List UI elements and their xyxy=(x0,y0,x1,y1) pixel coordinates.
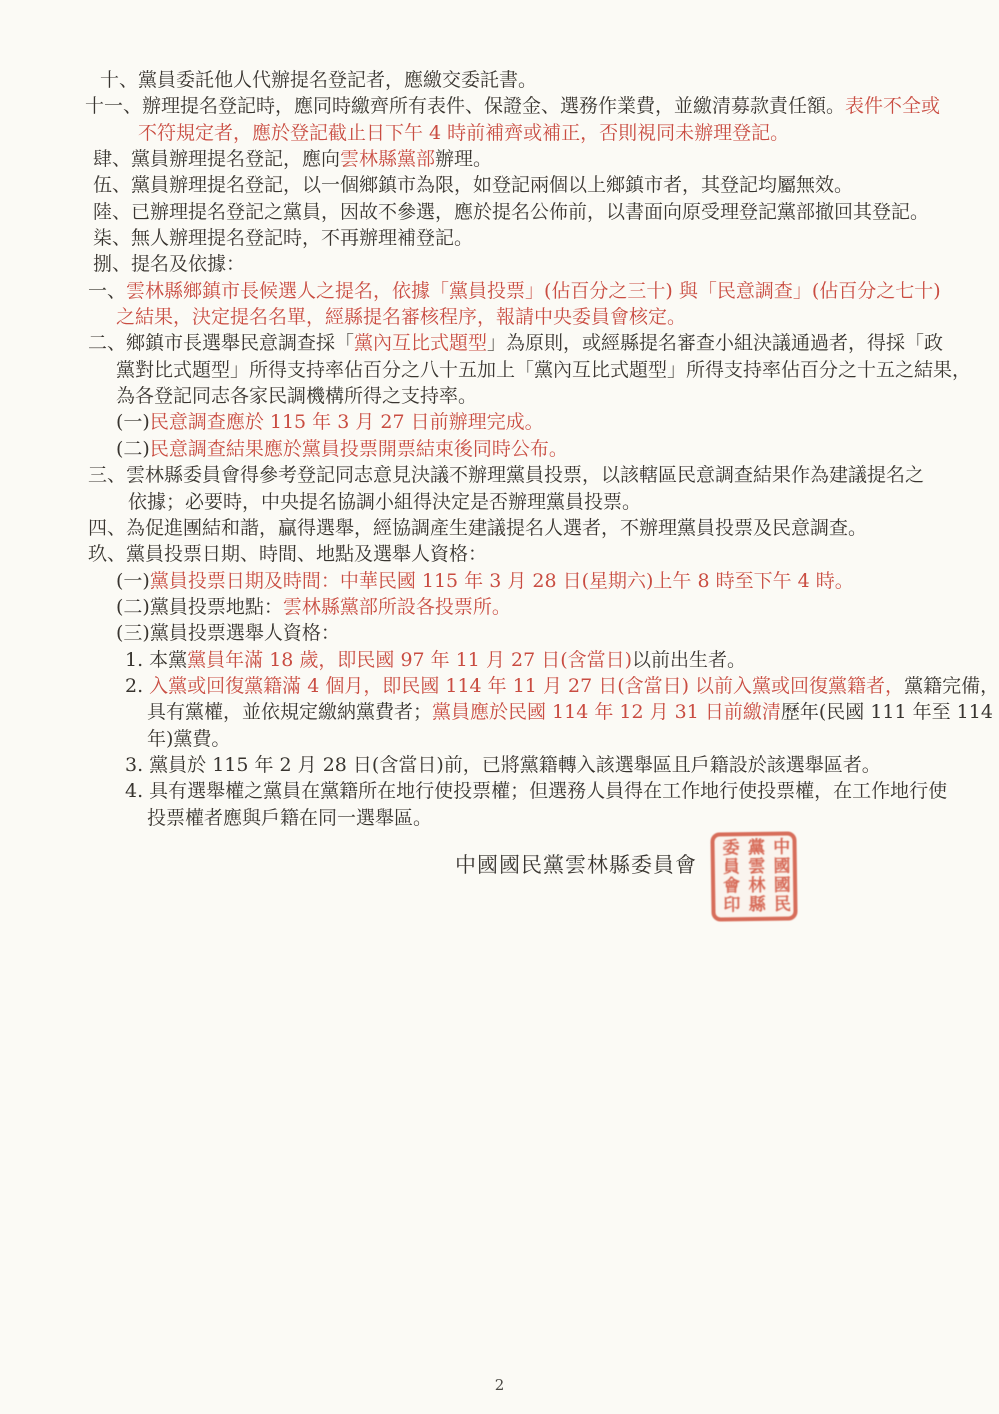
text-line: 柒、無人辦理提名登記時，不再辦理補登記。 xyxy=(0,225,999,251)
text-segment-red: 民意調查應於 115 年 3 月 27 日前辦理完成。 xyxy=(150,411,544,433)
text-segment-black: 年)黨費。 xyxy=(147,728,230,750)
scanned-document-page: 十、黨員委託他人代辦提名登記者，應繳交委託書。十一、辦理提名登記時，應同時繳齊所… xyxy=(0,0,999,1414)
text-segment-red: 表件不全或 xyxy=(845,95,940,117)
text-line: 三、雲林縣委員會得參考登記同志意見決議不辦理黨員投票，以該轄區民意調查結果作為建… xyxy=(0,462,999,488)
text-segment-red: 民意調查結果應於黨員投票開票結束後同時公布。 xyxy=(150,438,568,460)
text-segment-black: 2. xyxy=(125,675,149,697)
text-line: 一、雲林縣鄉鎮市長候選人之提名，依據「黨員投票」(佔百分之三十) 與「民意調查」… xyxy=(0,278,999,304)
text-line: 肆、黨員辦理提名登記，應向雲林縣黨部辦理。 xyxy=(0,146,999,172)
text-line: 陸、已辦理提名登記之黨員，因故不參選，應於提名公佈前，以書面向原受理登記黨部撤回… xyxy=(0,199,999,225)
text-line: 年)黨費。 xyxy=(0,726,999,752)
text-line: 為各登記同志各家民調機構所得之支持率。 xyxy=(0,383,999,409)
text-line: 二、鄉鎮市長選舉民意調查採「黨內互比式題型」為原則，或經縣提名審查小組決議通過者… xyxy=(0,330,999,356)
text-segment-red: 黨員投票日期及時間：中華民國 115 年 3 月 28 日(星期六)上午 8 時… xyxy=(150,570,854,592)
official-seal-text: 中國國民黨雲林縣委員會印 xyxy=(714,835,793,917)
text-line: 伍、黨員辦理提名登記，以一個鄉鎮市為限，如登記兩個以上鄉鎮市者，其登記均屬無效。 xyxy=(0,172,999,198)
text-segment-black: 十、黨員委託他人代辦提名登記者，應繳交委託書。 xyxy=(100,69,537,91)
text-line: 十、黨員委託他人代辦提名登記者，應繳交委託書。 xyxy=(0,67,999,93)
text-segment-black: 歷年(民國 111 年至 114 xyxy=(781,701,993,723)
text-segment-red: 之結果，決定提名名單，經縣提名審核程序，報請中央委員會核定。 xyxy=(116,306,686,328)
page-number: 2 xyxy=(0,1376,999,1394)
text-line: 1. 本黨黨員年滿 18 歲，即民國 97 年 11 月 27 日(含當日)以前… xyxy=(0,647,999,673)
text-segment-black: (一) xyxy=(116,570,150,592)
official-seal: 中國國民黨雲林縣委員會印 xyxy=(710,831,797,921)
text-segment-black: 」為原則，或經縣提名審查小組決議通過者，得採「政 xyxy=(487,332,943,354)
text-line: 2. 入黨或回復黨籍滿 4 個月，即民國 114 年 11 月 27 日(含當日… xyxy=(0,673,999,699)
text-segment-black: 四、為促進團結和諧，贏得選舉，經協調產生建議提名人選者，不辦理黨員投票及民意調查… xyxy=(88,517,867,539)
text-line: (三)黨員投票選舉人資格： xyxy=(0,620,999,646)
text-line: 黨對比式題型」所得支持率佔百分之八十五加上「黨內互比式題型」所得支持率佔百分之十… xyxy=(0,357,999,383)
text-line: 3. 黨員於 115 年 2 月 28 日(含當日)前，已將黨籍轉入該選舉區且戶… xyxy=(0,752,999,778)
text-segment-black: 十一、辦理提名登記時，應同時繳齊所有表件、保證金、選務作業費，並繳清募款責任額。 xyxy=(85,95,845,117)
text-line: 十一、辦理提名登記時，應同時繳齊所有表件、保證金、選務作業費，並繳清募款責任額。… xyxy=(0,93,999,119)
seal-column: 黨雲林縣 xyxy=(744,838,764,915)
text-line: (一)黨員投票日期及時間：中華民國 115 年 3 月 28 日(星期六)上午 … xyxy=(0,568,999,594)
text-line: 不符規定者，應於登記截止日下午 4 時前補齊或補正，否則視同未辦理登記。 xyxy=(0,120,999,146)
text-segment-black: (三)黨員投票選舉人資格： xyxy=(116,622,340,644)
text-line: 投票權者應與戶籍在同一選舉區。 xyxy=(0,805,999,831)
text-line: 玖、黨員投票日期、時間、地點及選舉人資格： xyxy=(0,541,999,567)
signature-org-name: 中國國民黨雲林縣委員會 xyxy=(455,849,697,879)
text-line: 4. 具有選舉權之黨員在黨籍所在地行使投票權；但選務人員得在工作地行使投票權，在… xyxy=(0,778,999,804)
text-line: 捌、提名及依據： xyxy=(0,251,999,277)
text-segment-red: 不符規定者，應於登記截止日下午 4 時前補齊或補正，否則視同未辦理登記。 xyxy=(138,122,789,144)
text-segment-black: 三、雲林縣委員會得參考登記同志意見決議不辦理黨員投票，以該轄區民意調查結果作為建… xyxy=(88,464,924,486)
text-segment-red: 雲林縣黨部 xyxy=(340,148,435,170)
seal-column: 中國國民 xyxy=(769,838,789,915)
text-segment-black: 3. 黨員於 115 年 2 月 28 日(含當日)前，已將黨籍轉入該選舉區且戶… xyxy=(125,754,881,776)
text-segment-black: 投票權者應與戶籍在同一選舉區。 xyxy=(147,807,432,829)
text-segment-red: 雲林縣黨部所設各投票所。 xyxy=(283,596,511,618)
text-segment-black: 具有黨權，並依規定繳納黨費者； xyxy=(147,701,432,723)
text-segment-red: 黨員應於民國 114 年 12 月 31 日前繳清 xyxy=(432,701,781,723)
text-line: (一)民意調查應於 115 年 3 月 27 日前辦理完成。 xyxy=(0,409,999,435)
text-segment-black: 依據；必要時，中央提名協調小組得決定是否辦理黨員投票。 xyxy=(128,491,641,513)
document-body: 十、黨員委託他人代辦提名登記者，應繳交委託書。十一、辦理提名登記時，應同時繳齊所… xyxy=(0,67,999,831)
text-segment-black: 黨對比式題型」所得支持率佔百分之八十五加上「黨內互比式題型」所得支持率佔百分之十… xyxy=(116,359,971,381)
text-segment-black: 柒、無人辦理提名登記時，不再辦理補登記。 xyxy=(93,227,473,249)
text-segment-red: 入黨或回復黨籍滿 4 個月，即民國 114 年 11 月 27 日(含當日) 以… xyxy=(149,675,904,697)
text-line: 依據；必要時，中央提名協調小組得決定是否辦理黨員投票。 xyxy=(0,489,999,515)
text-segment-black: 伍、黨員辦理提名登記，以一個鄉鎮市為限，如登記兩個以上鄉鎮市者，其登記均屬無效。 xyxy=(93,174,853,196)
text-segment-black: 4. 具有選舉權之黨員在黨籍所在地行使投票權；但選務人員得在工作地行使投票權，在… xyxy=(125,780,947,802)
text-segment-black: (一) xyxy=(116,411,150,433)
text-segment-black: 玖、黨員投票日期、時間、地點及選舉人資格： xyxy=(88,543,487,565)
text-line: 之結果，決定提名名單，經縣提名審核程序，報請中央委員會核定。 xyxy=(0,304,999,330)
text-line: 四、為促進團結和諧，贏得選舉，經協調產生建議提名人選者，不辦理黨員投票及民意調查… xyxy=(0,515,999,541)
text-segment-black: 肆、黨員辦理提名登記，應向 xyxy=(93,148,340,170)
text-line: (二)黨員投票地點：雲林縣黨部所設各投票所。 xyxy=(0,594,999,620)
text-segment-black: 為各登記同志各家民調機構所得之支持率。 xyxy=(116,385,477,407)
text-segment-red: 黨內互比式題型 xyxy=(354,332,487,354)
text-segment-black: 二、鄉鎮市長選舉民意調查採「 xyxy=(88,332,354,354)
text-segment-black: 辦理。 xyxy=(435,148,492,170)
text-line: (二)民意調查結果應於黨員投票開票結束後同時公布。 xyxy=(0,436,999,462)
text-segment-black: 捌、提名及依據： xyxy=(93,253,245,275)
text-segment-black: 1. 本黨 xyxy=(125,649,187,671)
text-segment-black: 一、 xyxy=(88,280,126,302)
text-segment-black: (二)黨員投票地點： xyxy=(116,596,283,618)
text-segment-black: 黨籍完備， xyxy=(904,675,999,697)
text-segment-black: 陸、已辦理提名登記之黨員，因故不參選，應於提名公佈前，以書面向原受理登記黨部撤回… xyxy=(93,201,929,223)
text-line: 具有黨權，並依規定繳納黨費者；黨員應於民國 114 年 12 月 31 日前繳清… xyxy=(0,699,999,725)
seal-column: 委員會印 xyxy=(719,838,739,915)
text-segment-black: 以前出生者。 xyxy=(632,649,746,671)
text-segment-black: (二) xyxy=(116,438,150,460)
text-segment-red: 雲林縣鄉鎮市長候選人之提名，依據「黨員投票」(佔百分之三十) 與「民意調查」(佔… xyxy=(126,280,941,302)
text-segment-red: 黨員年滿 18 歲，即民國 97 年 11 月 27 日(含當日) xyxy=(187,649,632,671)
